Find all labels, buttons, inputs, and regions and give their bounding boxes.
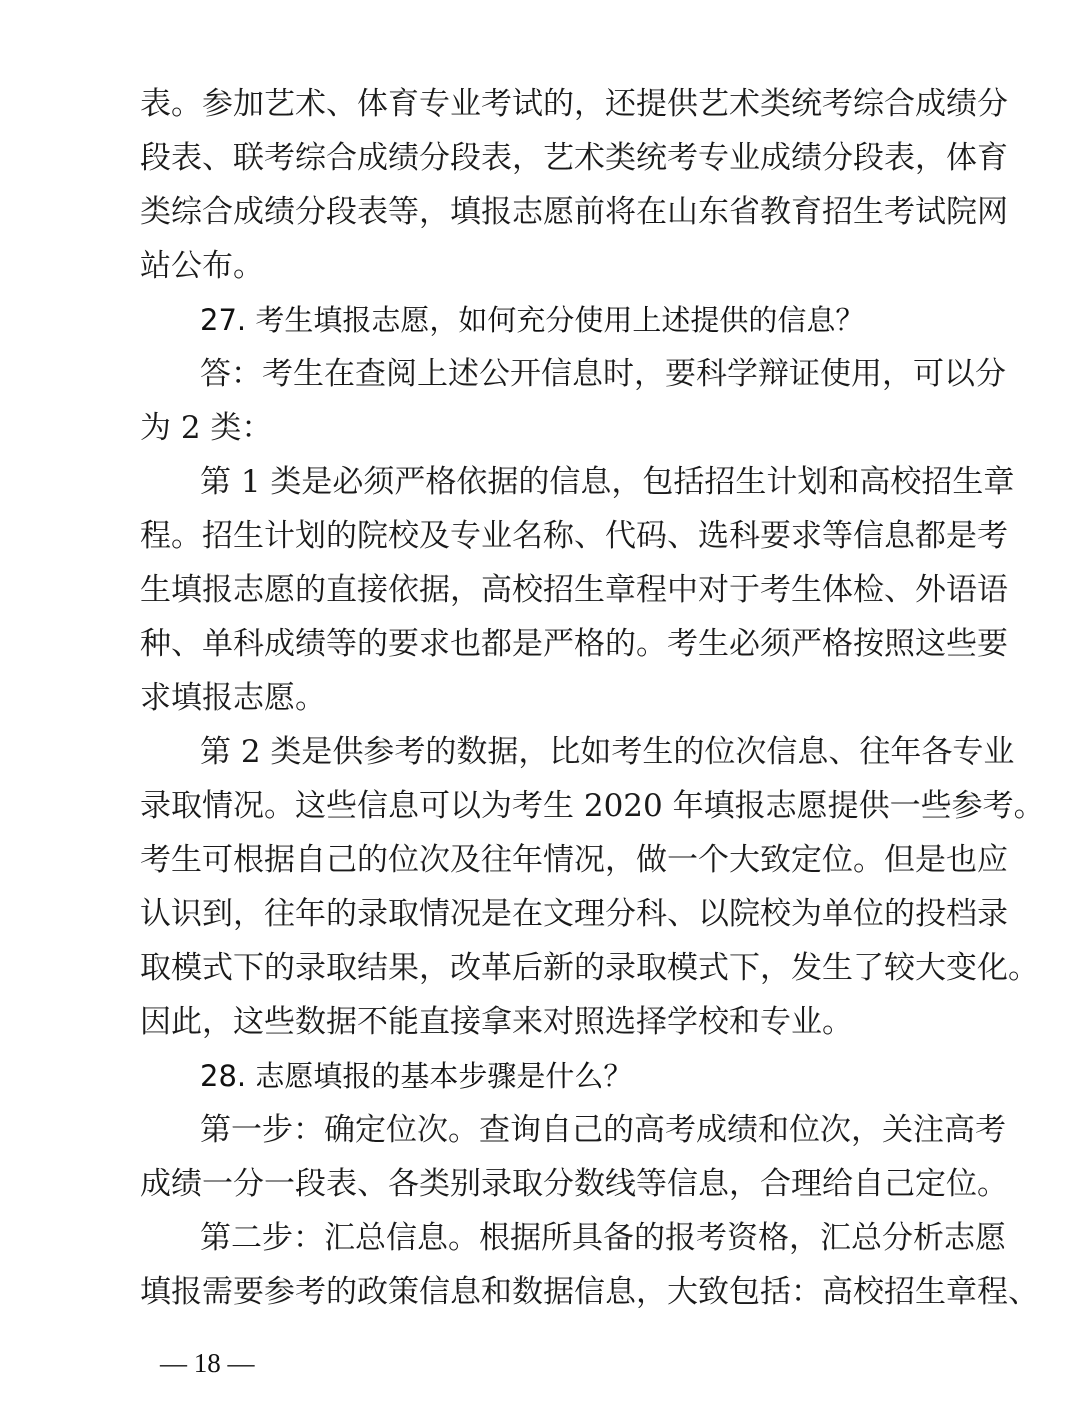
answer-line: 为 2 类：: [140, 401, 945, 455]
body-line: 录取情况。这些信息可以为考生 2020 年填报志愿提供一些参考。: [140, 779, 945, 833]
question-heading-27: 27. 考生填报志愿，如何充分使用上述提供的信息？: [200, 293, 864, 347]
body-line: 段表、联考综合成绩分段表，艺术类统考专业成绩分段表，体育: [140, 131, 945, 185]
body-line: 因此，这些数据不能直接拿来对照选择学校和专业。: [140, 995, 945, 1049]
step-line: 第一步：确定位次。查询自己的高考成绩和位次，关注高考: [200, 1103, 945, 1157]
body-line: 第 2 类是供参考的数据，比如考生的位次信息、往年各专业: [200, 725, 945, 779]
body-line: 取模式下的录取结果，改革后新的录取模式下，发生了较大变化。: [140, 941, 945, 995]
body-line: 考生可根据自己的位次及往年情况，做一个大致定位。但是也应: [140, 833, 945, 887]
page-number: — 18 —: [160, 1348, 255, 1379]
answer-line: 答：考生在查阅上述公开信息时，要科学辩证使用，可以分: [200, 347, 945, 401]
body-line: 表。参加艺术、体育专业考试的，还提供艺术类统考综合成绩分: [140, 77, 945, 131]
body-line: 程。招生计划的院校及专业名称、代码、选科要求等信息都是考: [140, 509, 945, 563]
step-line: 成绩一分一段表、各类别录取分数线等信息，合理给自己定位。: [140, 1157, 945, 1211]
body-line: 认识到，往年的录取情况是在文理分科、以院校为单位的投档录: [140, 887, 945, 941]
step-line: 第二步：汇总信息。根据所具备的报考资格，汇总分析志愿: [200, 1211, 945, 1265]
body-line: 生填报志愿的直接依据，高校招生章程中对于考生体检、外语语: [140, 563, 945, 617]
body-line: 第 1 类是必须严格依据的信息，包括招生计划和高校招生章: [200, 455, 945, 509]
body-line: 类综合成绩分段表等，填报志愿前将在山东省教育招生考试院网: [140, 185, 945, 239]
body-line: 站公布。: [140, 239, 945, 293]
body-line: 种、单科成绩等的要求也都是严格的。考生必须严格按照这些要: [140, 617, 945, 671]
step-line: 填报需要参考的政策信息和数据信息，大致包括：高校招生章程、: [140, 1265, 945, 1319]
question-heading-28: 28. 志愿填报的基本步骤是什么？: [200, 1049, 632, 1103]
document-page: 表。参加艺术、体育专业考试的，还提供艺术类统考综合成绩分 段表、联考综合成绩分段…: [0, 0, 1080, 1414]
body-line: 求填报志愿。: [140, 671, 945, 725]
